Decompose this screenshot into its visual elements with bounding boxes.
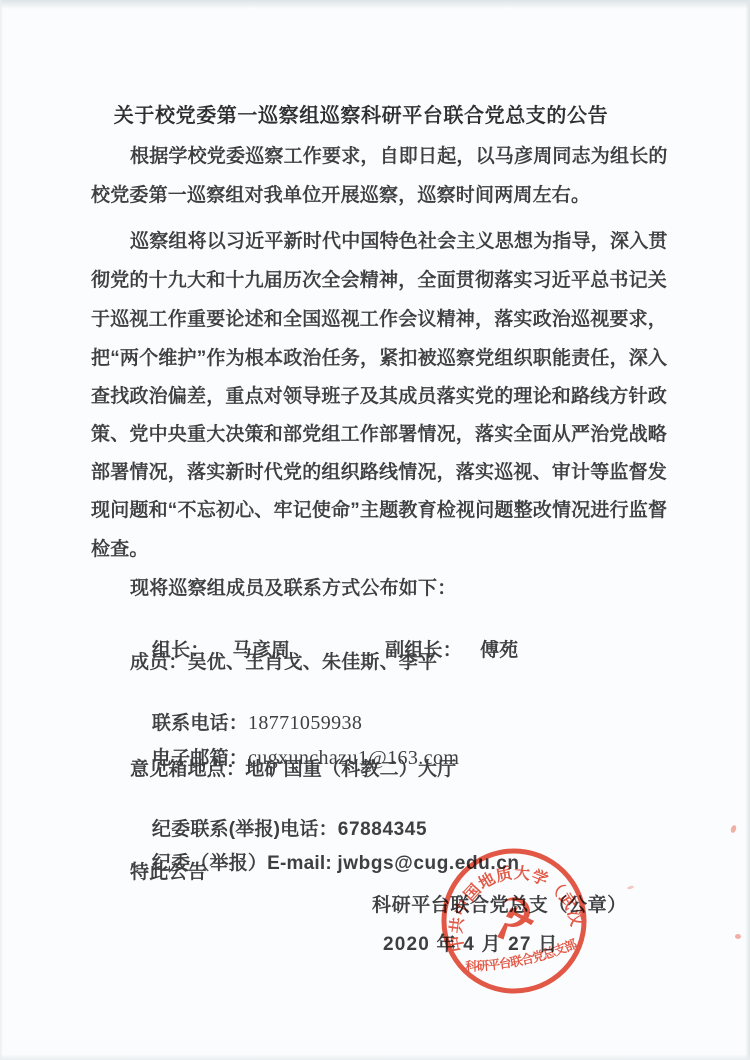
signature-line: 科研平台联合党总支（公章） bbox=[372, 890, 627, 917]
date-line: 2020 年 4 月 27 日 bbox=[383, 929, 558, 956]
deputy-name: 傅苑 bbox=[480, 640, 518, 661]
closing-line: 特此公告 bbox=[130, 860, 207, 885]
report-email-value: jwbgs@cug.edu.cn bbox=[337, 853, 519, 874]
mailbox-location-line: 意见箱地点：地矿国重（科教二）大厅 bbox=[130, 757, 456, 782]
ink-speck bbox=[627, 885, 635, 890]
body-line: 把“两个维护”作为根本政治任务，紧扣被巡察党组织职能责任，深入 bbox=[91, 346, 667, 371]
body-line: 现将巡察组成员及联系方式公布如下： bbox=[130, 576, 456, 601]
body-line: 校党委第一巡察组对我单位开展巡察，巡察时间两周左右。 bbox=[91, 183, 590, 208]
scanned-announcement-page: 关于校党委第一巡察组巡察科研平台联合党总支的公告 根据学校党委巡察工作要求，自即… bbox=[0, 0, 750, 1060]
body-line: 巡察组将以习近平新时代中国特色社会主义思想为指导，深入贯 bbox=[130, 229, 668, 254]
roster-members-line: 成员：吴优、王肖戈、朱佳斯、李平 bbox=[130, 650, 437, 675]
scan-edge-left bbox=[0, 0, 3, 1060]
document-title: 关于校党委第一巡察组巡察科研平台联合党总支的公告 bbox=[0, 103, 722, 129]
body-line: 策、党中央重大决策和部党组工作部署情况，落实全面从严治党战略 bbox=[91, 422, 667, 447]
body-line: 检查。 bbox=[91, 537, 149, 562]
body-line: 彻党的十九大和十九届历次全会精神，全面贯彻落实习近平总书记关 bbox=[91, 268, 667, 293]
ink-speck bbox=[730, 824, 737, 833]
scan-edge-top bbox=[0, 0, 750, 9]
scan-edge-bottom bbox=[0, 1054, 750, 1060]
body-line: 于巡视工作重要论述和全国巡视工作会议精神，落实政治巡视要求， bbox=[91, 307, 667, 332]
body-line: 现问题和“不忘初心、牢记使命”主题教育检视问题整改情况进行监督 bbox=[91, 498, 667, 523]
scan-edge-right bbox=[745, 0, 750, 1060]
ink-speck bbox=[735, 934, 741, 939]
body-line: 查找政治偏差，重点对领导班子及其成员落实党的理论和路线方针政 bbox=[91, 384, 667, 409]
body-line: 根据学校党委巡察工作要求，自即日起，以马彦周同志为组长的 bbox=[130, 144, 668, 169]
body-line: 部署情况，落实新时代党的组织路线情况，落实巡视、审计等监督发 bbox=[91, 460, 667, 485]
